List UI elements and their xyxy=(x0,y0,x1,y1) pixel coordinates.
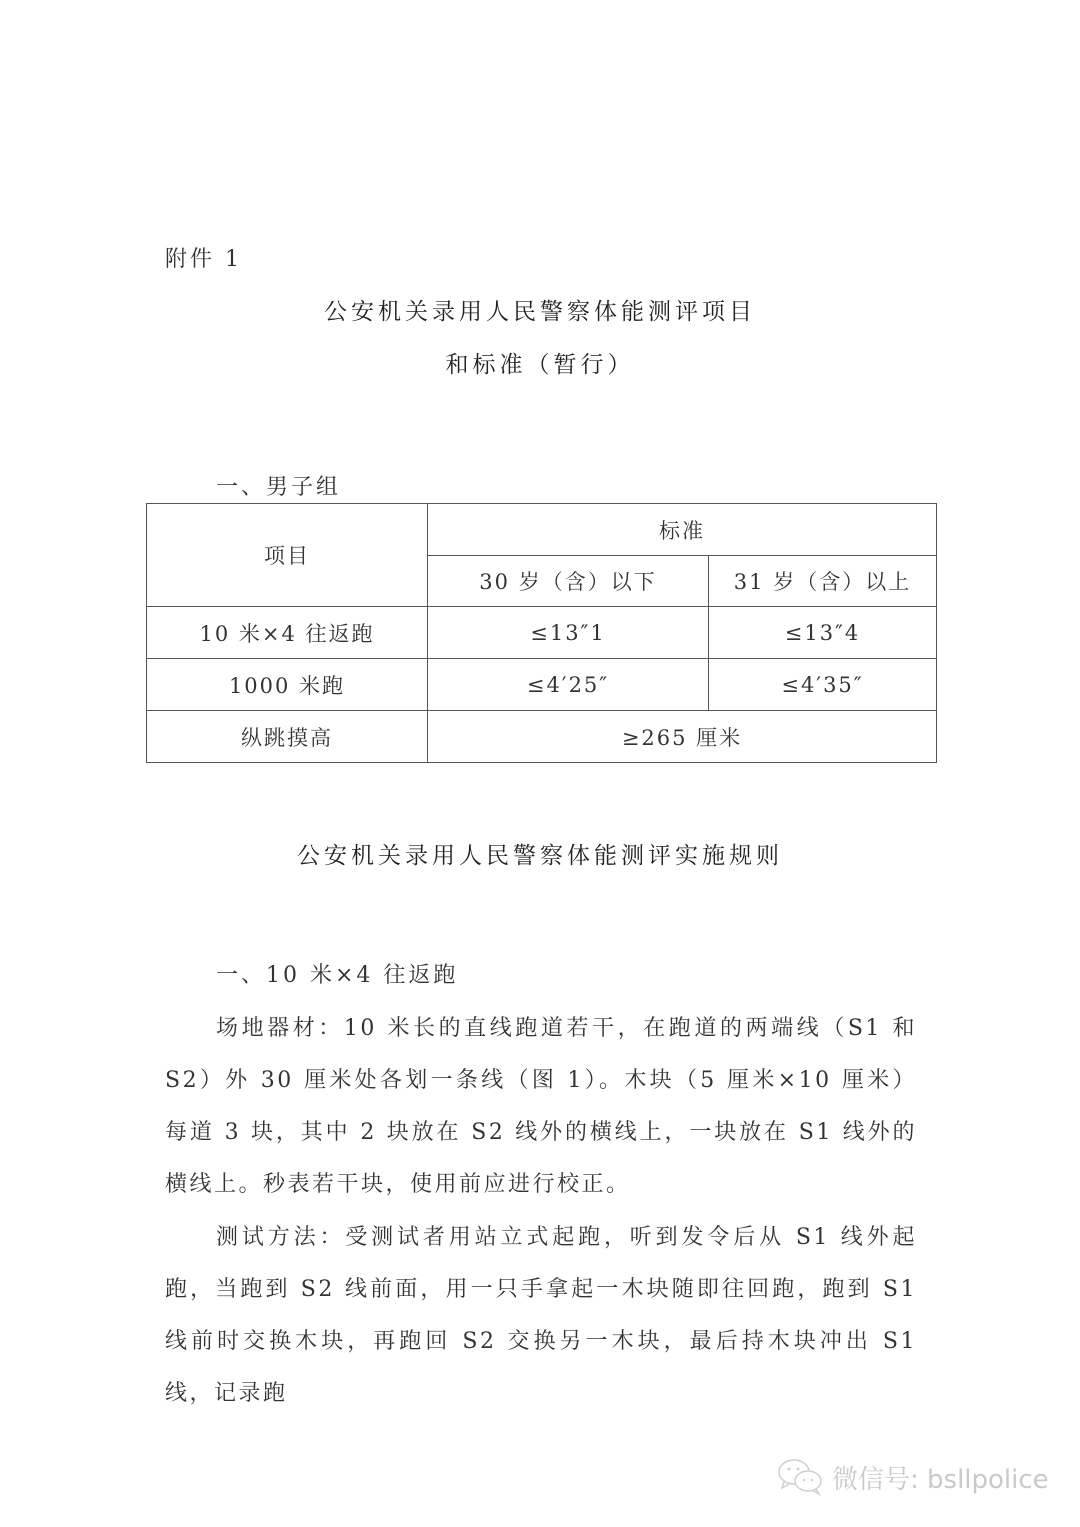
paragraph-test-method: 测试方法：受测试者用站立式起跑，听到发令后从 S1 线外起跑，当跑到 S2 线前… xyxy=(165,1212,917,1420)
document-title-line2: 和标准（暂行） xyxy=(0,346,1080,379)
table-row: 1000 米跑 ≤4′25″ ≤4′35″ xyxy=(147,659,937,711)
attachment-label: 附件 1 xyxy=(165,242,242,273)
watermark-text: 微信号: bsllpolice xyxy=(832,1459,1049,1496)
header-item: 项目 xyxy=(147,504,428,607)
standards-table: 项目 标准 30 岁（含）以下 31 岁（含）以上 10 米×4 往返跑 ≤13… xyxy=(146,503,937,763)
section-heading: 一、10 米×4 往返跑 xyxy=(216,958,458,989)
header-age-under-30: 30 岁（含）以下 xyxy=(428,556,709,607)
header-standard: 标准 xyxy=(428,504,937,556)
header-age-over-31: 31 岁（含）以上 xyxy=(709,556,937,607)
wechat-icon xyxy=(776,1457,826,1497)
table-row: 10 米×4 往返跑 ≤13″1 ≤13″4 xyxy=(147,607,937,659)
table-row: 纵跳摸高 ≥265 厘米 xyxy=(147,711,937,763)
group-heading: 一、男子组 xyxy=(216,470,341,501)
row-under30: ≤13″1 xyxy=(428,607,709,659)
watermark: 微信号: bsllpolice xyxy=(776,1457,1049,1497)
row-item: 纵跳摸高 xyxy=(147,711,428,763)
row-over31: ≤4′35″ xyxy=(709,659,937,711)
paragraph-equipment: 场地器材：10 米长的直线跑道若干，在跑道的两端线（S1 和 S2）外 30 厘… xyxy=(165,1003,917,1211)
row-over31: ≤13″4 xyxy=(709,607,937,659)
row-both: ≥265 厘米 xyxy=(428,711,937,763)
row-item: 10 米×4 往返跑 xyxy=(147,607,428,659)
rules-title: 公安机关录用人民警察体能测评实施规则 xyxy=(0,837,1080,870)
row-under30: ≤4′25″ xyxy=(428,659,709,711)
row-item: 1000 米跑 xyxy=(147,659,428,711)
document-title-line1: 公安机关录用人民警察体能测评项目 xyxy=(0,293,1080,326)
